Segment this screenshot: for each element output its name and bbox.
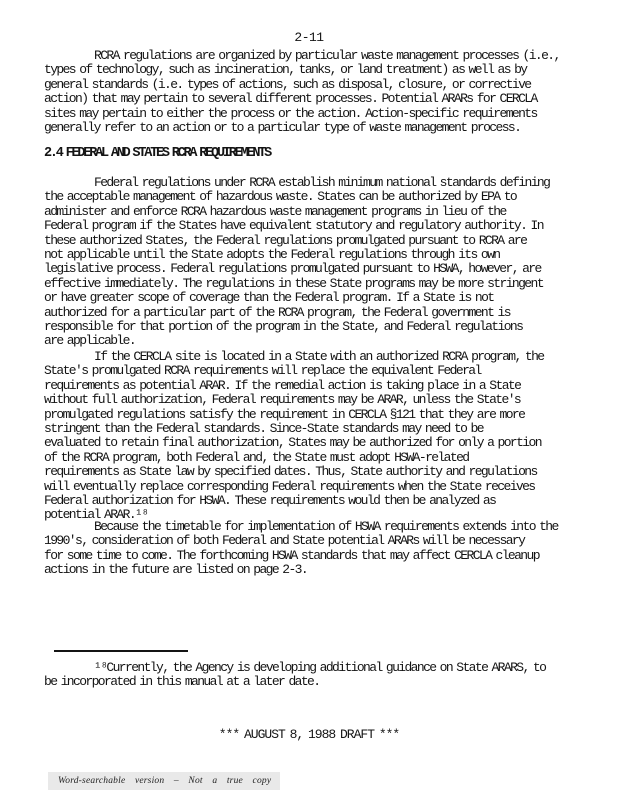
word-searchable-watermark: Word-searchable version – Not a true cop… — [48, 772, 280, 790]
paragraph-federal-regulations: Federal regulations under RCRA establish… — [44, 176, 612, 349]
section-heading: 2.4 FEDERAL AND STATES RCRA REQUIREMENTS — [44, 147, 270, 161]
paragraph-hswa-timetable: Because the timetable for implementation… — [44, 520, 612, 578]
document-page: 2-11 RCRA regulations are organized by p… — [0, 0, 618, 800]
page-number: 2-11 — [0, 31, 618, 45]
paragraph-cercla-site-state: If the CERCLA site is located in a State… — [44, 350, 612, 523]
draft-stamp: *** AUGUST 8, 1988 DRAFT *** — [0, 728, 618, 742]
paragraph-rcra-organization: RCRA regulations are organized by partic… — [44, 49, 612, 135]
footnote-18: ¹⁸Currently, the Agency is developing ad… — [44, 661, 612, 690]
footnote-separator-rule — [54, 650, 188, 652]
